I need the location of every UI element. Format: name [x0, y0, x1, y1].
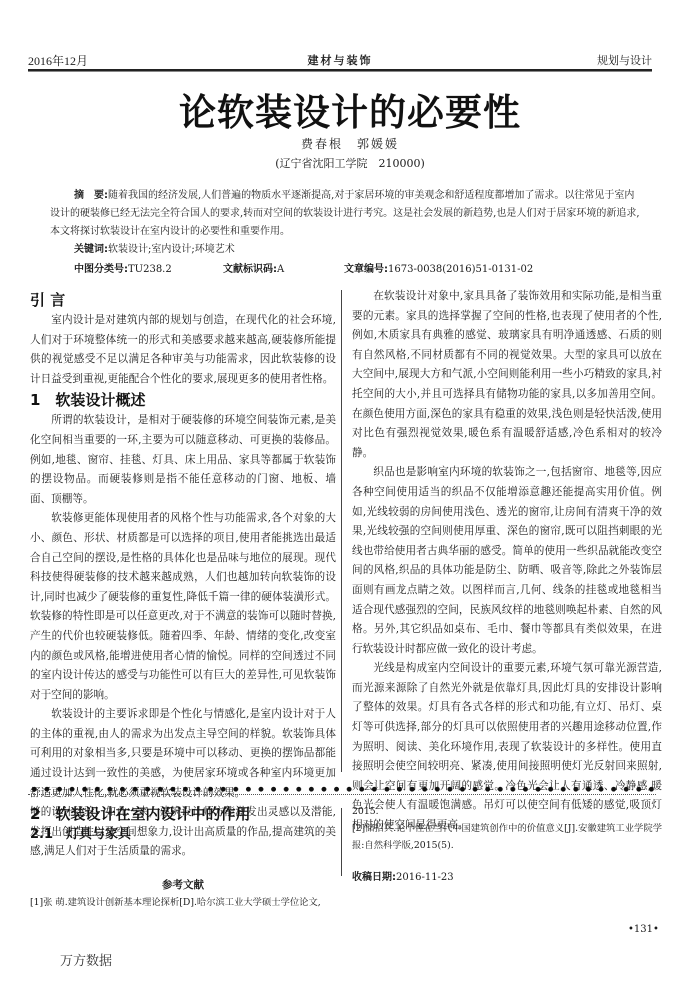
- received-label: 收稿日期:: [352, 872, 396, 883]
- classification-line: 中图分类号:TU238.2 文献标识码:A 文章编号:1673-0038(201…: [74, 260, 660, 276]
- continuation-left: 够的设计经验，如此一来，建筑设计师方能激发出灵感以及潜能,发挥出创造性以及空间想…: [30, 803, 336, 911]
- paragraph: 室内设计是对建筑内部的规划与创造，在现代化的社会环境,人们对于环境整体统一的形式…: [30, 311, 336, 389]
- left-column: 引 言 室内设计是对建筑内部的规划与创造，在现代化的社会环境,人们对于环境整体统…: [30, 289, 336, 845]
- page-number: •131•: [628, 924, 659, 935]
- heading-introduction: 引 言: [30, 289, 336, 311]
- article-no-value: 1673-0038(2016)51-0131-02: [388, 264, 533, 275]
- column-divider-bottom: [341, 808, 342, 876]
- clc-number: 中图分类号:TU238.2: [74, 260, 172, 275]
- clc-value: TU238.2: [128, 264, 172, 275]
- right-column: 在软装设计对象中,家具具备了装饰效用和实际功能,是相当重要的元素。家具的选择掌握…: [352, 287, 662, 836]
- paragraph: 织品也是影响室内环境的软装饰之一,包括窗帘、地毯等,因应各种空间使用适当的织品不…: [352, 463, 662, 659]
- reference-1: [1]张 萌.建筑设计创新基本理论探析[D].哈尔滨工业大学硕士学位论文,: [30, 894, 336, 911]
- article-title: 论软装设计的必要性: [0, 82, 700, 136]
- document-code: 文献标识码:A: [223, 260, 284, 275]
- keywords-text: 软装设计;室内设计;环境艺术: [108, 244, 235, 255]
- abstract-label: 摘 要:: [74, 190, 108, 201]
- received-value: 2016-11-23: [396, 872, 454, 883]
- paragraph: 软装修更能体现使用者的风格个性与功能需求,各个对象的大小、颜色、形状、材质都是可…: [30, 509, 336, 705]
- author-affiliation: (辽宁省沈阳工学院 210000): [0, 155, 700, 171]
- paragraph: 所谓的软装设计，是相对于硬装修的环境空间装饰元素,是美化空间相当重要的一环,主要…: [30, 411, 336, 509]
- column-divider: [341, 290, 342, 772]
- reference-1-continued: 2015.: [352, 803, 662, 820]
- header-rule: [28, 69, 652, 72]
- abstract-text: 随着我国的经济发展,人们普遍的物质水平逐渐提高,对于家居环境的审美观念和舒适程度…: [50, 190, 640, 237]
- doc-code-label: 文献标识码:: [223, 264, 277, 275]
- watermark: 万方数据: [60, 950, 112, 969]
- article-no-label: 文章编号:: [344, 264, 388, 275]
- doc-code-value: A: [277, 264, 284, 275]
- paragraph: 在软装设计对象中,家具具备了装饰效用和实际功能,是相当重要的元素。家具的选择掌握…: [352, 287, 662, 463]
- heading-section-1: 1 软装设计概述: [30, 389, 336, 411]
- article-authors: 费春根 郭媛媛: [0, 135, 700, 152]
- keywords: 关键词:软装设计;室内设计;环境艺术: [74, 240, 235, 255]
- section-name: 规划与设计: [597, 52, 652, 68]
- journal-name: 建材与装饰: [28, 52, 652, 68]
- running-header: 2016年12月 建材与装饰 规划与设计: [28, 50, 652, 68]
- references-heading: 参考文献: [30, 876, 336, 894]
- received-date: 收稿日期:2016-11-23: [352, 868, 662, 888]
- dotted-separator: [28, 786, 656, 795]
- keywords-label: 关键词:: [74, 244, 108, 255]
- clc-label: 中图分类号:: [74, 264, 128, 275]
- abstract: 摘 要:随着我国的经济发展,人们普遍的物质水平逐渐提高,对于家居环境的审美观念和…: [50, 187, 640, 241]
- reference-2: [2]储招兵.论个性在当代中国建筑创作中的价值意义[J].安徽建筑工业学院学报:…: [352, 820, 662, 854]
- article-number: 文章编号:1673-0038(2016)51-0131-02: [344, 260, 533, 275]
- continued-paragraph: 够的设计经验，如此一来，建筑设计师方能激发出灵感以及潜能,发挥出创造性以及空间想…: [30, 803, 336, 862]
- continuation-right: 2015. [2]储招兵.论个性在当代中国建筑创作中的价值意义[J].安徽建筑工…: [352, 803, 662, 888]
